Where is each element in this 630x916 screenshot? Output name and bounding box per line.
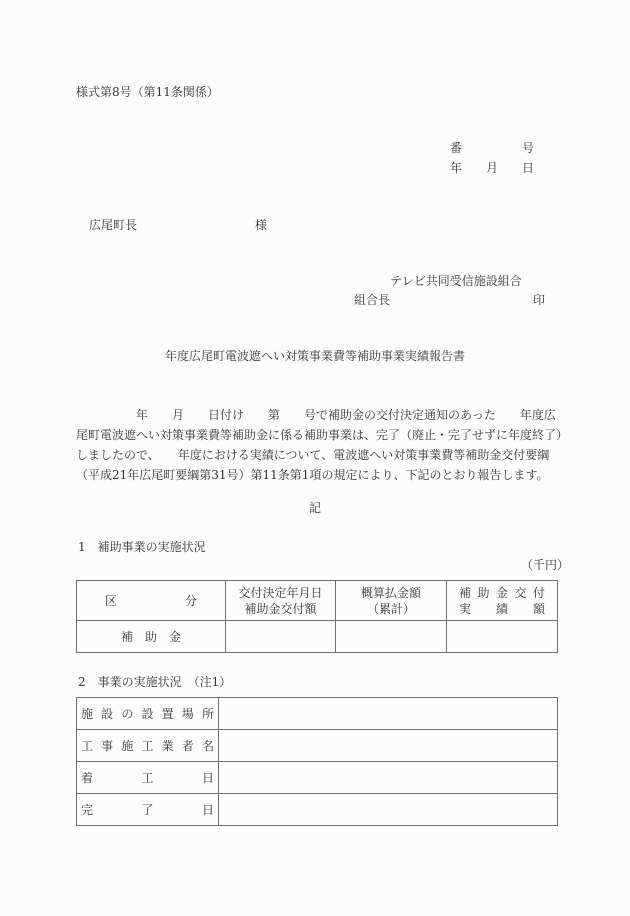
date-year-label: 年 [450,160,462,176]
body-line: （平成21年広尾町要綱第31号）第11条第1項の規定により、下記のとおり報告しま… [76,465,558,485]
unit-label: （千円） [521,557,569,573]
installation-location-field[interactable] [219,698,558,730]
header-actual-amount: 補 助 金 交 付 実 績 額 [447,581,558,621]
body-line: 年 月 日付け 第 号で補助金の交付決定通知のあった 年度広 [76,405,558,425]
section2-heading: 2 事業の実施状況 （注1） [78,674,231,690]
reference-number-label: 番 [450,140,462,156]
section1-heading: 1 補助事業の実施状況 [78,539,206,555]
form-number: 様式第8号（第11条関係） [76,84,219,100]
ki-marker: 記 [0,500,630,516]
decision-amount-cell[interactable] [226,621,336,653]
table-header-row: 区 分 交付決定年月日 補助金交付額 概算払金額 （累計） 補 助 金 交 付 … [77,581,558,621]
actual-amount-cell[interactable] [447,621,558,653]
document-title: 年度広尾町電波遮へい対策事業費等補助事業実績報告書 [0,348,630,364]
label-installation-location: 施 設 の 設 置 場 所 [77,698,219,730]
body-line: しましたので、 年度における実績について、電波遮へい対策事業費等補助金交付要綱 [76,445,558,465]
table-row: 完 了 日 [77,794,558,826]
report-body: 年 月 日付け 第 号で補助金の交付決定通知のあった 年度広 尾町電波遮へい対策… [76,405,558,485]
reference-number-suffix: 号 [522,140,534,156]
label-start-date: 着 工 日 [77,762,219,794]
addressee-name: 広尾町長 [89,217,137,233]
advance-payment-cell[interactable] [336,621,447,653]
label-completion-date: 完 了 日 [77,794,219,826]
addressee-honorific: 様 [255,217,267,233]
date-month-label: 月 [486,160,498,176]
row-category: 補 助 金 [77,621,226,653]
contractor-name-field[interactable] [219,730,558,762]
date-day-label: 日 [522,160,534,176]
header-advance-payment: 概算払金額 （累計） [336,581,447,621]
start-date-field[interactable] [219,762,558,794]
sender-title: 組合長 [354,292,390,308]
table-row: 着 工 日 [77,762,558,794]
table-row: 工 事 施 工 業 者 名 [77,730,558,762]
project-status-table: 施 設 の 設 置 場 所 工 事 施 工 業 者 名 [76,697,558,826]
sender-organization: テレビ共同受信施設組合 [390,273,522,289]
subsidy-status-table: 区 分 交付決定年月日 補助金交付額 概算払金額 （累計） 補 助 金 交 付 … [76,580,558,653]
body-line: 尾町電波遮へい対策事業費等補助金に係る補助事業は、完了（廃止・完了せずに年度終了… [76,425,558,445]
table-row: 施 設 の 設 置 場 所 [77,698,558,730]
completion-date-field[interactable] [219,794,558,826]
label-contractor-name: 工 事 施 工 業 者 名 [77,730,219,762]
table-row: 補 助 金 [77,621,558,653]
sender-seal: 印 [533,292,545,308]
header-decision-date-amount: 交付決定年月日 補助金交付額 [226,581,336,621]
header-category: 区 分 [77,581,226,621]
